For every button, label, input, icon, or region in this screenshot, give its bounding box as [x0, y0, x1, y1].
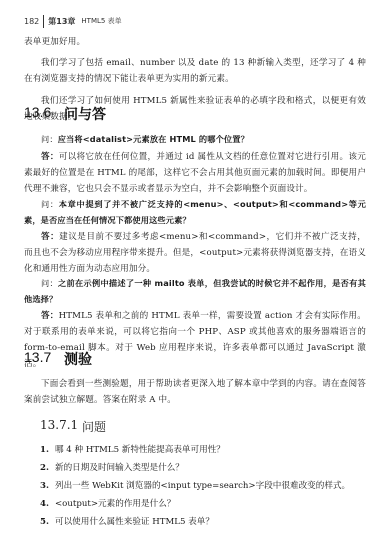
answer-label: 答： [41, 311, 59, 321]
section-number: 13.6 [24, 104, 64, 124]
subsection-title: 问题 [82, 418, 106, 435]
answer-2: 答：建议是目前不要过多考虑<menu>和<command>，它们并不被广泛支持，… [24, 229, 366, 277]
question-label: 问： [41, 134, 58, 144]
quiz-question-5: 5.可以使用什么属性来验证 HTML5 表单？ [40, 515, 214, 529]
answer-text: 可以将它放在任何位置，并通过 id 属性从文档的任意位置对它进行引用。该元素最好… [24, 152, 366, 194]
page-number: 182 [24, 17, 43, 26]
question-3: 问：之前在示例中描述了一种 mailto 表单，但我尝试的时候它并不起作用，是否… [24, 275, 366, 307]
section-title: 问与答 [64, 104, 106, 124]
chapter-title: HTML5 表单 [81, 16, 121, 26]
intro-paragraph-1: 表单更加好用。 [24, 34, 366, 50]
subsection-heading-13-7-1: 13.7.1 问题 [40, 418, 106, 435]
subsection-number: 13.7.1 [40, 418, 82, 435]
item-number: 2. [40, 463, 49, 473]
question-2: 问：本章中提到了并不被广泛支持的<menu>、<output>和<command… [24, 196, 366, 228]
item-number: 3. [40, 481, 49, 491]
quiz-question-2: 2.新的日期及时间输入类型是什么？ [40, 461, 184, 475]
section-number: 13.7 [24, 349, 64, 369]
book-page: 182 第13章 HTML5 表单 表单更加好用。 我们学习了包括 email、… [0, 0, 390, 546]
running-head: 182 第13章 HTML5 表单 [24, 14, 122, 28]
quiz-intro: 下面会看到一些测验题，用于帮助读者更深入地了解本章中学到的内容。请在查阅答案前尝… [24, 376, 366, 408]
item-text: 哪 4 种 HTML5 新特性能提高表单可用性？ [55, 445, 225, 455]
chapter-label: 第13章 [48, 16, 75, 27]
answer-text: 建议是目前不要过多考虑<menu>和<command>，它们并不被广泛支持，而且… [24, 232, 366, 274]
question-label: 问： [41, 199, 59, 209]
item-text: <output>元素的作用是什么？ [55, 499, 175, 509]
quiz-question-3: 3.列出一些 WebKit 浏览器的<input type=search>字段中… [40, 479, 350, 493]
question-text: 本章中提到了并不被广泛支持的<menu>、<output>和<command>等… [24, 199, 366, 225]
item-text: 列出一些 WebKit 浏览器的<input type=search>字段中很难… [55, 481, 350, 491]
question-1: 问：应当将<datalist>元素放在 HTML 的哪个位置？ [24, 131, 366, 147]
section-title: 测验 [64, 349, 92, 369]
section-heading-13-6: 13.6 问与答 [24, 104, 106, 124]
item-text: 新的日期及时间输入类型是什么？ [55, 463, 184, 473]
answer-label: 答： [41, 232, 59, 242]
intro-paragraph-2: 我们学习了包括 email、number 以及 date 的 13 种新输入类型… [24, 55, 366, 87]
answer-1: 答：可以将它放在任何位置，并通过 id 属性从文档的任意位置对它进行引用。该元素… [24, 149, 366, 197]
section-heading-13-7: 13.7 测验 [24, 349, 92, 369]
quiz-question-1: 1.哪 4 种 HTML5 新特性能提高表单可用性？ [40, 443, 225, 457]
item-number: 5. [40, 517, 49, 527]
question-label: 问： [41, 278, 58, 288]
quiz-question-4: 4.<output>元素的作用是什么？ [40, 497, 175, 511]
question-text: 应当将<datalist>元素放在 HTML 的哪个位置？ [58, 134, 249, 144]
item-number: 1. [40, 445, 49, 455]
question-text: 之前在示例中描述了一种 mailto 表单，但我尝试的时候它并不起作用，是否有其… [24, 278, 366, 304]
item-text: 可以使用什么属性来验证 HTML5 表单？ [55, 517, 214, 527]
answer-label: 答： [41, 152, 59, 162]
item-number: 4. [40, 499, 49, 509]
header-divider [43, 15, 44, 28]
